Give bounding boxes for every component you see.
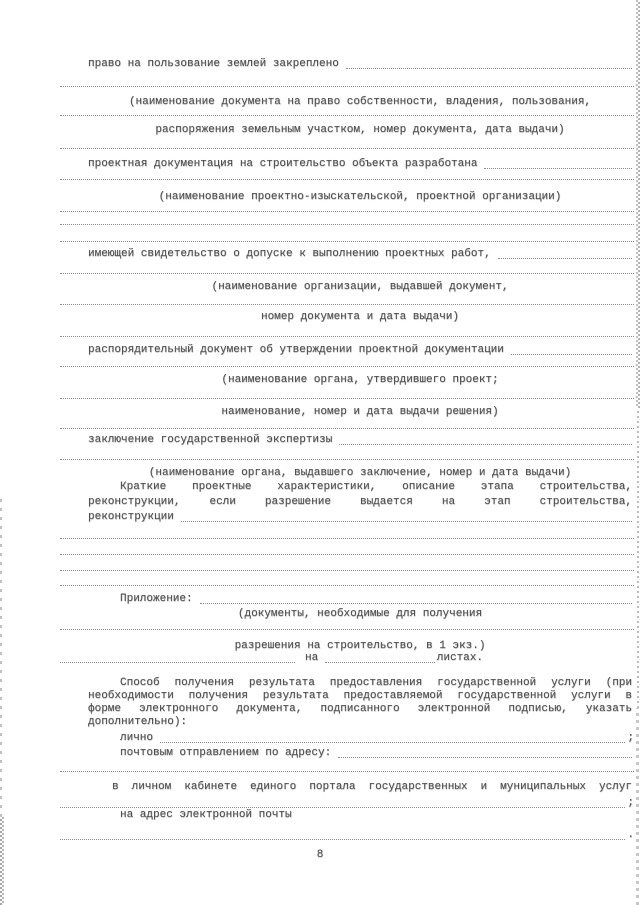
dotted-fill (339, 444, 632, 445)
dotted-rule (60, 538, 634, 539)
form-text: заключение государственной экспертизы (88, 434, 332, 447)
dotted-rule (60, 428, 634, 429)
caption-text: распоряжения земельным участком, номер д… (155, 124, 564, 136)
dotted-rule (60, 662, 295, 663)
dotted-rule (60, 224, 634, 225)
paragraph-line: в личном кабинете единого портала госуда… (88, 781, 632, 794)
dotted-rule (60, 366, 634, 367)
paragraph-text: необходимости получения результата предо… (88, 690, 632, 702)
form-text: на (305, 652, 318, 665)
dotted-rule (60, 86, 634, 87)
form-text-line: на адрес электронной почты (120, 809, 292, 822)
scan-noise-right-edge-bottom (636, 708, 639, 905)
form-text: распорядительный документ об утверждении… (88, 344, 504, 357)
caption-text: наименование, номер и дата выдачи решени… (221, 406, 498, 418)
form-text: Приложение: (120, 593, 193, 606)
paragraph-text: в личном кабинете единого портала госуда… (112, 781, 632, 793)
dotted-rule (60, 148, 634, 149)
caption-line: наименование, номер и дата выдачи решени… (88, 406, 632, 419)
caption-line: распоряжения земельным участком, номер д… (88, 124, 632, 137)
fill-in-line: заключение государственной экспертизы (88, 434, 634, 447)
form-text: на адрес электронной почты (120, 809, 292, 821)
dotted-rule (60, 585, 634, 586)
caption-line: (наименование документа на право собстве… (88, 96, 632, 109)
dotted-rule (60, 273, 634, 274)
dotted-rule (60, 241, 634, 242)
punctuation: . (627, 829, 634, 842)
punctuation: ; (627, 732, 634, 745)
dotted-rule (60, 771, 634, 772)
fill-in-line: налистах. (305, 652, 483, 665)
fill-in-line: лично; (120, 732, 634, 745)
form-text: листах. (437, 652, 483, 665)
dotted-rule (60, 336, 634, 337)
dotted-fill (346, 68, 632, 69)
caption-text: номер документа и дата выдачи) (261, 311, 459, 323)
dotted-rule (60, 570, 634, 571)
form-text: почтовым отправлением по адресу: (120, 747, 331, 760)
dotted-fill (200, 603, 632, 604)
form-text: реконструкции (88, 511, 174, 524)
fill-in-line: . (60, 829, 634, 842)
scan-noise-right-edge-top (635, 0, 640, 408)
paragraph-line: необходимости получения результата предо… (88, 690, 632, 703)
paragraph-line: Способ получения результата предоставлен… (88, 677, 632, 690)
dotted-rule (60, 304, 634, 305)
dotted-fill (498, 258, 632, 259)
paragraph-text: Краткие проектные характеристики, описан… (120, 481, 632, 493)
paragraph-line: форме электронного документа, подписанно… (88, 703, 632, 716)
caption-text: разрешения на строительство, в 1 экз.) (235, 640, 486, 652)
caption-text: (наименование органа, выдавшего заключен… (149, 467, 571, 479)
caption-text: (наименование органа, утвердившего проек… (221, 374, 498, 386)
dotted-rule (60, 554, 634, 555)
form-text: дополнительно): (88, 716, 187, 728)
dotted-rule (60, 398, 634, 399)
dotted-fill (181, 521, 632, 522)
caption-line: (документы, необходимые для получения (88, 608, 632, 621)
dotted-rule (60, 115, 634, 116)
dotted-rule (60, 629, 634, 630)
paragraph-text: реконструкции, если разрешение выдается … (88, 496, 632, 508)
caption-text: (наименование организации, выдавшей доку… (211, 281, 508, 293)
punctuation: ; (627, 797, 634, 810)
caption-text: (наименование проектно-изыскательской, п… (159, 191, 562, 203)
page-number: 8 (0, 849, 640, 862)
dotted-fill (511, 354, 632, 355)
fill-in-line: проектная документация на строительство … (88, 158, 634, 171)
paragraph-line: Краткие проектные характеристики, описан… (88, 481, 632, 494)
caption-line: (наименование проектно-изыскательской, п… (88, 191, 632, 204)
paragraph-text: Способ получения результата предоставлен… (120, 677, 632, 689)
dotted-fill (160, 742, 625, 743)
fill-in-line: реконструкции (88, 511, 634, 524)
dotted-rule (60, 459, 634, 460)
scanned-document-page: право на пользование землей закреплено(н… (0, 0, 640, 905)
fill-in-line: почтовым отправлением по адресу: (120, 747, 634, 760)
caption-text: (наименование документа на право собстве… (129, 96, 591, 108)
form-text: право на пользование землей закреплено (88, 58, 339, 71)
dotted-fill (338, 757, 632, 758)
caption-text: (документы, необходимые для получения (238, 608, 482, 620)
form-text: имеющей свидетельство о допуске к выполн… (88, 248, 491, 261)
dotted-rule (60, 179, 634, 180)
caption-line: (наименование органа, выдавшего заключен… (88, 467, 632, 480)
fill-in-line: имеющей свидетельство о допуске к выполн… (88, 248, 634, 261)
dotted-fill (60, 839, 625, 840)
dotted-fill (60, 807, 625, 808)
dotted-fill (325, 662, 435, 663)
paragraph-text: форме электронного документа, подписанно… (88, 703, 632, 715)
fill-in-line: Приложение: (120, 593, 634, 606)
paragraph-line: реконструкции, если разрешение выдается … (88, 496, 632, 509)
scan-noise-left-edge (0, 497, 2, 817)
dotted-rule (60, 211, 634, 212)
caption-line: (наименование органа, утвердившего проек… (88, 374, 632, 387)
fill-in-line: распорядительный документ об утверждении… (88, 344, 634, 357)
form-text: лично (120, 732, 153, 745)
scan-noise-right-edge-middle (637, 408, 639, 708)
dotted-fill (484, 168, 632, 169)
form-text: проектная документация на строительство … (88, 158, 477, 171)
form-text-line: дополнительно): (88, 716, 187, 729)
caption-line: номер документа и дата выдачи) (88, 311, 632, 324)
caption-line: (наименование организации, выдавшей доку… (88, 281, 632, 294)
fill-in-line: право на пользование землей закреплено (88, 58, 634, 71)
